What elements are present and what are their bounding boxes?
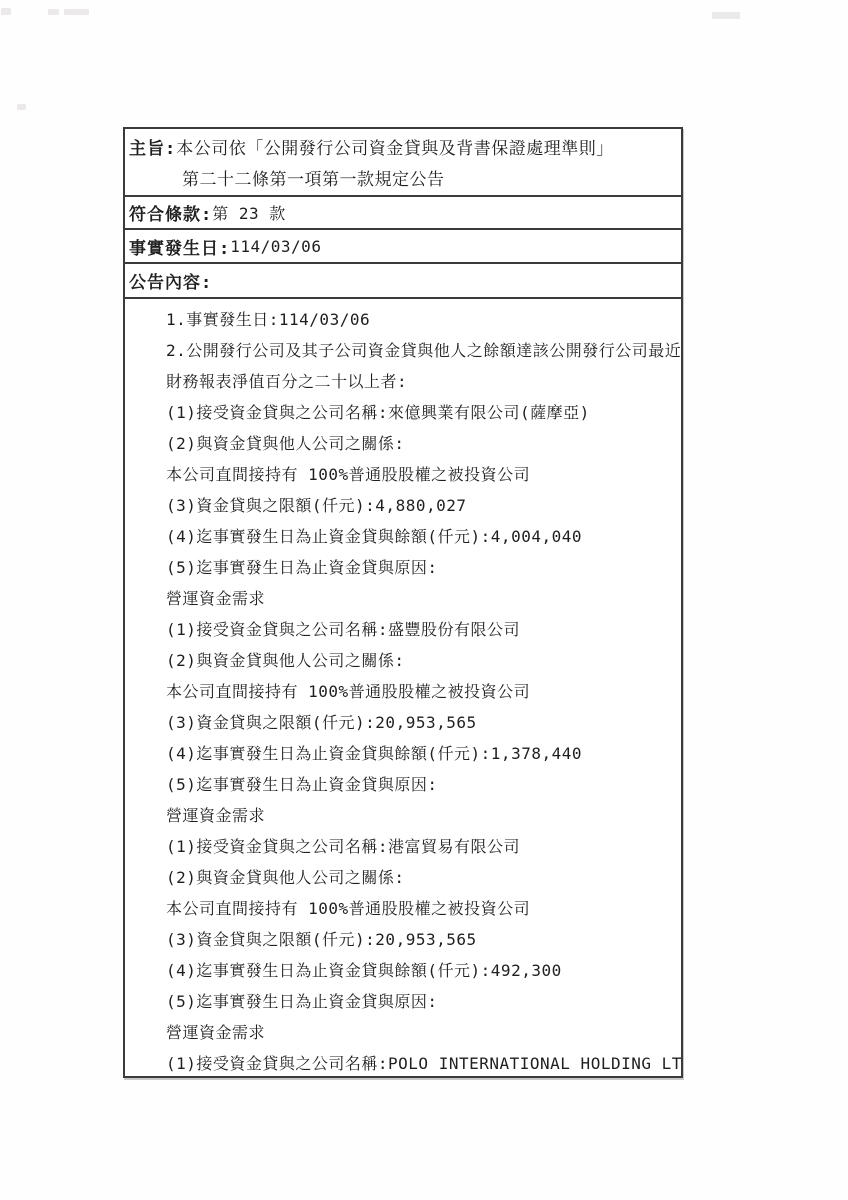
content-line: 本公司直間接持有 100%普通股股權之被投資公司 (166, 459, 675, 490)
content-line: 2.公開發行公司及其子公司資金貸與他人之餘額達該公開發行公司最近期 (166, 335, 675, 366)
content-line: (1)接受資金貸與之公司名稱:POLO INTERNATIONAL HOLDIN… (166, 1048, 675, 1076)
content-line: (5)迄事實發生日為止資金貸與原因: (166, 552, 675, 583)
subject-label: 主旨: (129, 139, 176, 159)
content-line: (2)與資金貸與他人公司之關係: (166, 645, 675, 676)
content-line: (1)接受資金貸與之公司名稱:盛豐股份有限公司 (166, 614, 675, 645)
subject-text: 本公司依「公開發行公司資金貸與及背書保證處理準則」 (176, 139, 614, 159)
fact-date-label: 事實發生日: (129, 234, 230, 259)
content-line: 1.事實發生日:114/03/06 (166, 304, 675, 335)
scanned-announcement-page: 主旨:本公司依「公開發行公司資金貸與及背書保證處理準則」 第二十二條第一項第一款… (0, 0, 848, 1200)
content-label: 公告內容: (129, 268, 212, 293)
content-line: 營運資金需求 (166, 1017, 675, 1048)
content-line: (1)接受資金貸與之公司名稱:來億興業有限公司(薩摩亞) (166, 397, 675, 428)
scan-artifact (48, 9, 59, 15)
content-line: 財務報表淨值百分之二十以上者: (166, 366, 675, 397)
scan-artifact (64, 9, 89, 15)
content-line: (1)接受資金貸與之公司名稱:港富貿易有限公司 (166, 831, 675, 862)
scan-artifact (1, 8, 11, 15)
announcement-table: 主旨:本公司依「公開發行公司資金貸與及背書保證處理準則」 第二十二條第一項第一款… (123, 127, 683, 1078)
content-label-row: 公告內容: (125, 262, 681, 297)
subject-row: 主旨:本公司依「公開發行公司資金貸與及背書保證處理準則」 第二十二條第一項第一款… (125, 129, 681, 195)
scan-artifact (712, 12, 740, 19)
fact-date-row: 事實發生日:114/03/06 (125, 228, 681, 262)
content-line: 營運資金需求 (166, 800, 675, 831)
fact-date-value: 114/03/06 (230, 237, 321, 256)
content-line: 本公司直間接持有 100%普通股股權之被投資公司 (166, 676, 675, 707)
matched-clause-value: 第 23 款 (212, 201, 286, 224)
content-line: 營運資金需求 (166, 583, 675, 614)
content-line: (3)資金貸與之限額(仟元):20,953,565 (166, 924, 675, 955)
content-line: (2)與資金貸與他人公司之關係: (166, 428, 675, 459)
subject-line-1: 主旨:本公司依「公開發行公司資金貸與及背書保證處理準則」 (129, 133, 681, 165)
content-line: (3)資金貸與之限額(仟元):20,953,565 (166, 707, 675, 738)
content-line: (4)迄事實發生日為止資金貸與餘額(仟元):4,004,040 (166, 521, 675, 552)
subject-line-2: 第二十二條第一項第一款規定公告 (129, 165, 681, 196)
content-line: (4)迄事實發生日為止資金貸與餘額(仟元):1,378,440 (166, 738, 675, 769)
content-line: (2)與資金貸與他人公司之關係: (166, 862, 675, 893)
content-line: (3)資金貸與之限額(仟元):4,880,027 (166, 490, 675, 521)
announcement-content: 1.事實發生日:114/03/062.公開發行公司及其子公司資金貸與他人之餘額達… (125, 297, 681, 1076)
content-line: (4)迄事實發生日為止資金貸與餘額(仟元):492,300 (166, 955, 675, 986)
content-line: (5)迄事實發生日為止資金貸與原因: (166, 986, 675, 1017)
content-line: 本公司直間接持有 100%普通股股權之被投資公司 (166, 893, 675, 924)
scan-artifact (17, 104, 26, 110)
matched-clause-row: 符合條款:第 23 款 (125, 195, 681, 228)
content-line: (5)迄事實發生日為止資金貸與原因: (166, 769, 675, 800)
matched-clause-label: 符合條款: (129, 200, 212, 225)
